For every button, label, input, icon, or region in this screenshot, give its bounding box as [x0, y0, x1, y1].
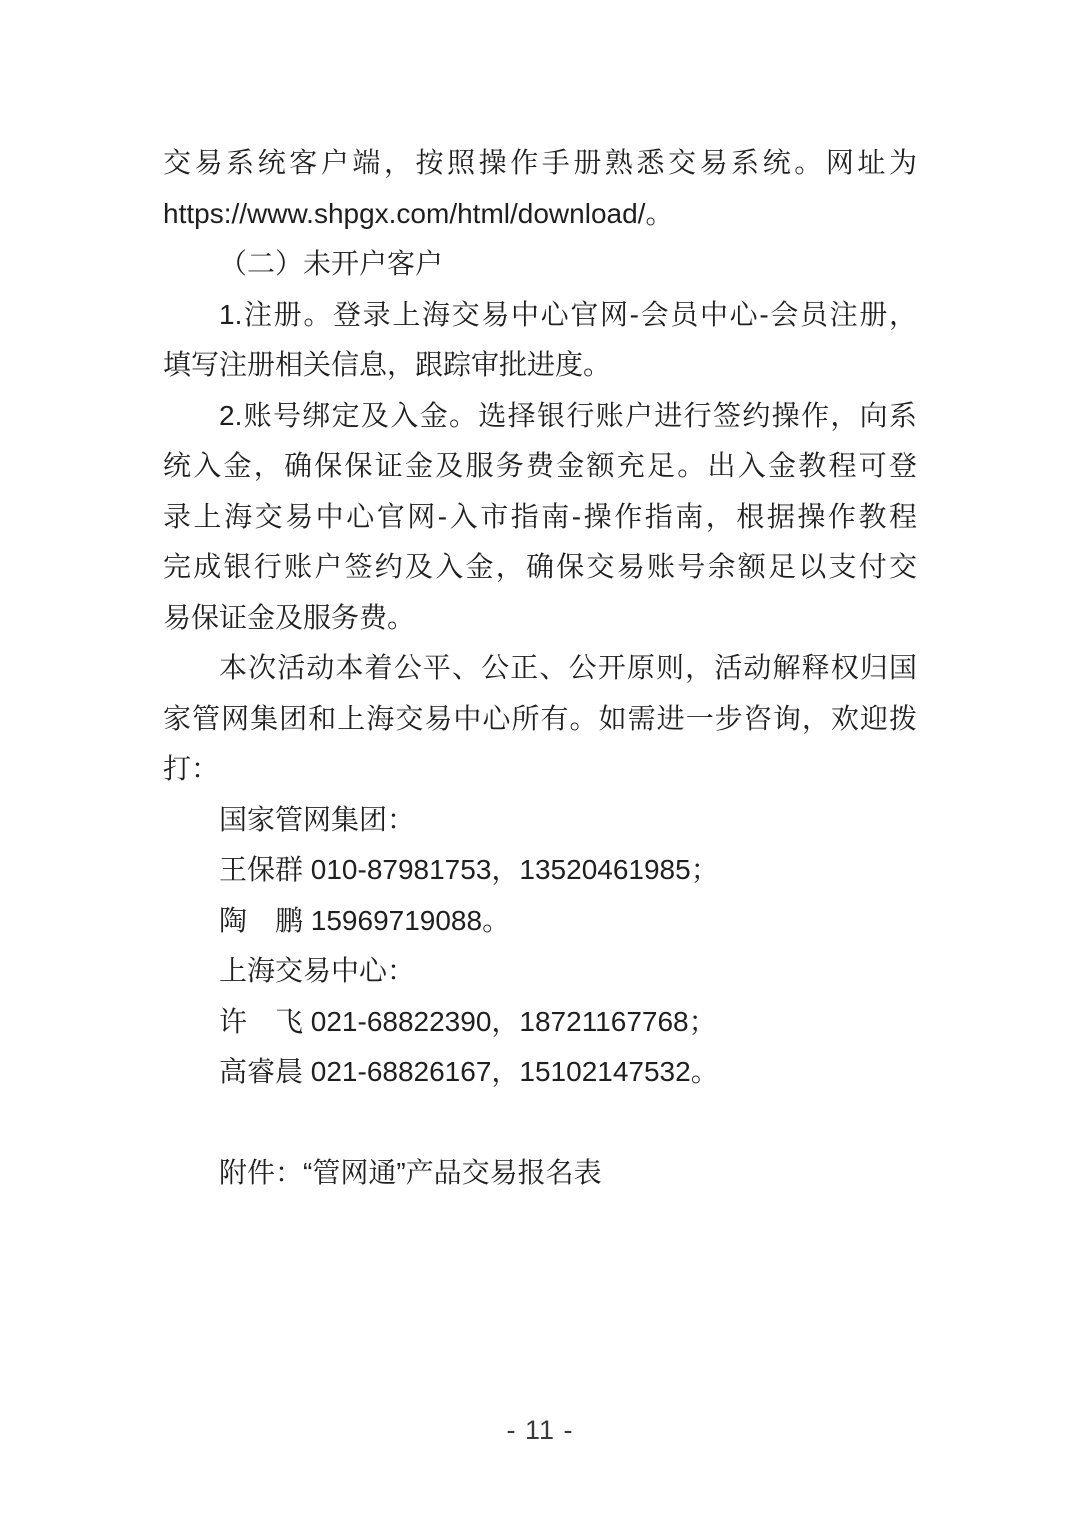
body-line: 交易系统客户端，按照操作手册熟悉交易系统。网址为	[163, 138, 917, 189]
body-line: 2.账号绑定及入金。选择银行账户进行签约操作，向系	[163, 391, 917, 442]
document-page: 交易系统客户端，按照操作手册熟悉交易系统。网址为 https://www.shp…	[0, 0, 1080, 1527]
contact-org-shpgx: 上海交易中心：	[163, 946, 917, 997]
contact-gao-ruichen: 高睿晨 021-68826167，15102147532。	[163, 1047, 917, 1098]
document-url: https://www.shpgx.com/html/download/。	[163, 189, 917, 240]
body-line: 录上海交易中心官网-入市指南-操作指南，根据操作教程	[163, 492, 917, 543]
body-line: 易保证金及服务费。	[163, 593, 917, 644]
body-line: 完成银行账户签约及入金，确保交易账号余额足以支付交	[163, 542, 917, 593]
section-heading: （二）未开户客户	[163, 239, 917, 290]
blank-line	[163, 1098, 917, 1149]
contact-wang-baoqun: 王保群 010-87981753，13520461985；	[163, 845, 917, 896]
page-number: - 11 -	[0, 1412, 1080, 1448]
body-line: 打：	[163, 744, 917, 795]
body-line: 1.注册。登录上海交易中心官网-会员中心-会员注册，	[163, 290, 917, 341]
body-line: 本次活动本着公平、公正、公开原则，活动解释权归国	[163, 643, 917, 694]
document-body: 交易系统客户端，按照操作手册熟悉交易系统。网址为 https://www.shp…	[163, 138, 917, 1199]
body-line: 家管网集团和上海交易中心所有。如需进一步咨询，欢迎拨	[163, 694, 917, 745]
contact-tao-peng: 陶 鹏 15969719088。	[163, 896, 917, 947]
contact-xu-fei: 许 飞 021-68822390，18721167768；	[163, 997, 917, 1048]
attachment-line: 附件：“管网通”产品交易报名表	[163, 1148, 917, 1199]
contact-org-pipechina: 国家管网集团：	[163, 795, 917, 846]
body-line: 填写注册相关信息，跟踪审批进度。	[163, 340, 917, 391]
body-line: 统入金，确保保证金及服务费金额充足。出入金教程可登	[163, 441, 917, 492]
